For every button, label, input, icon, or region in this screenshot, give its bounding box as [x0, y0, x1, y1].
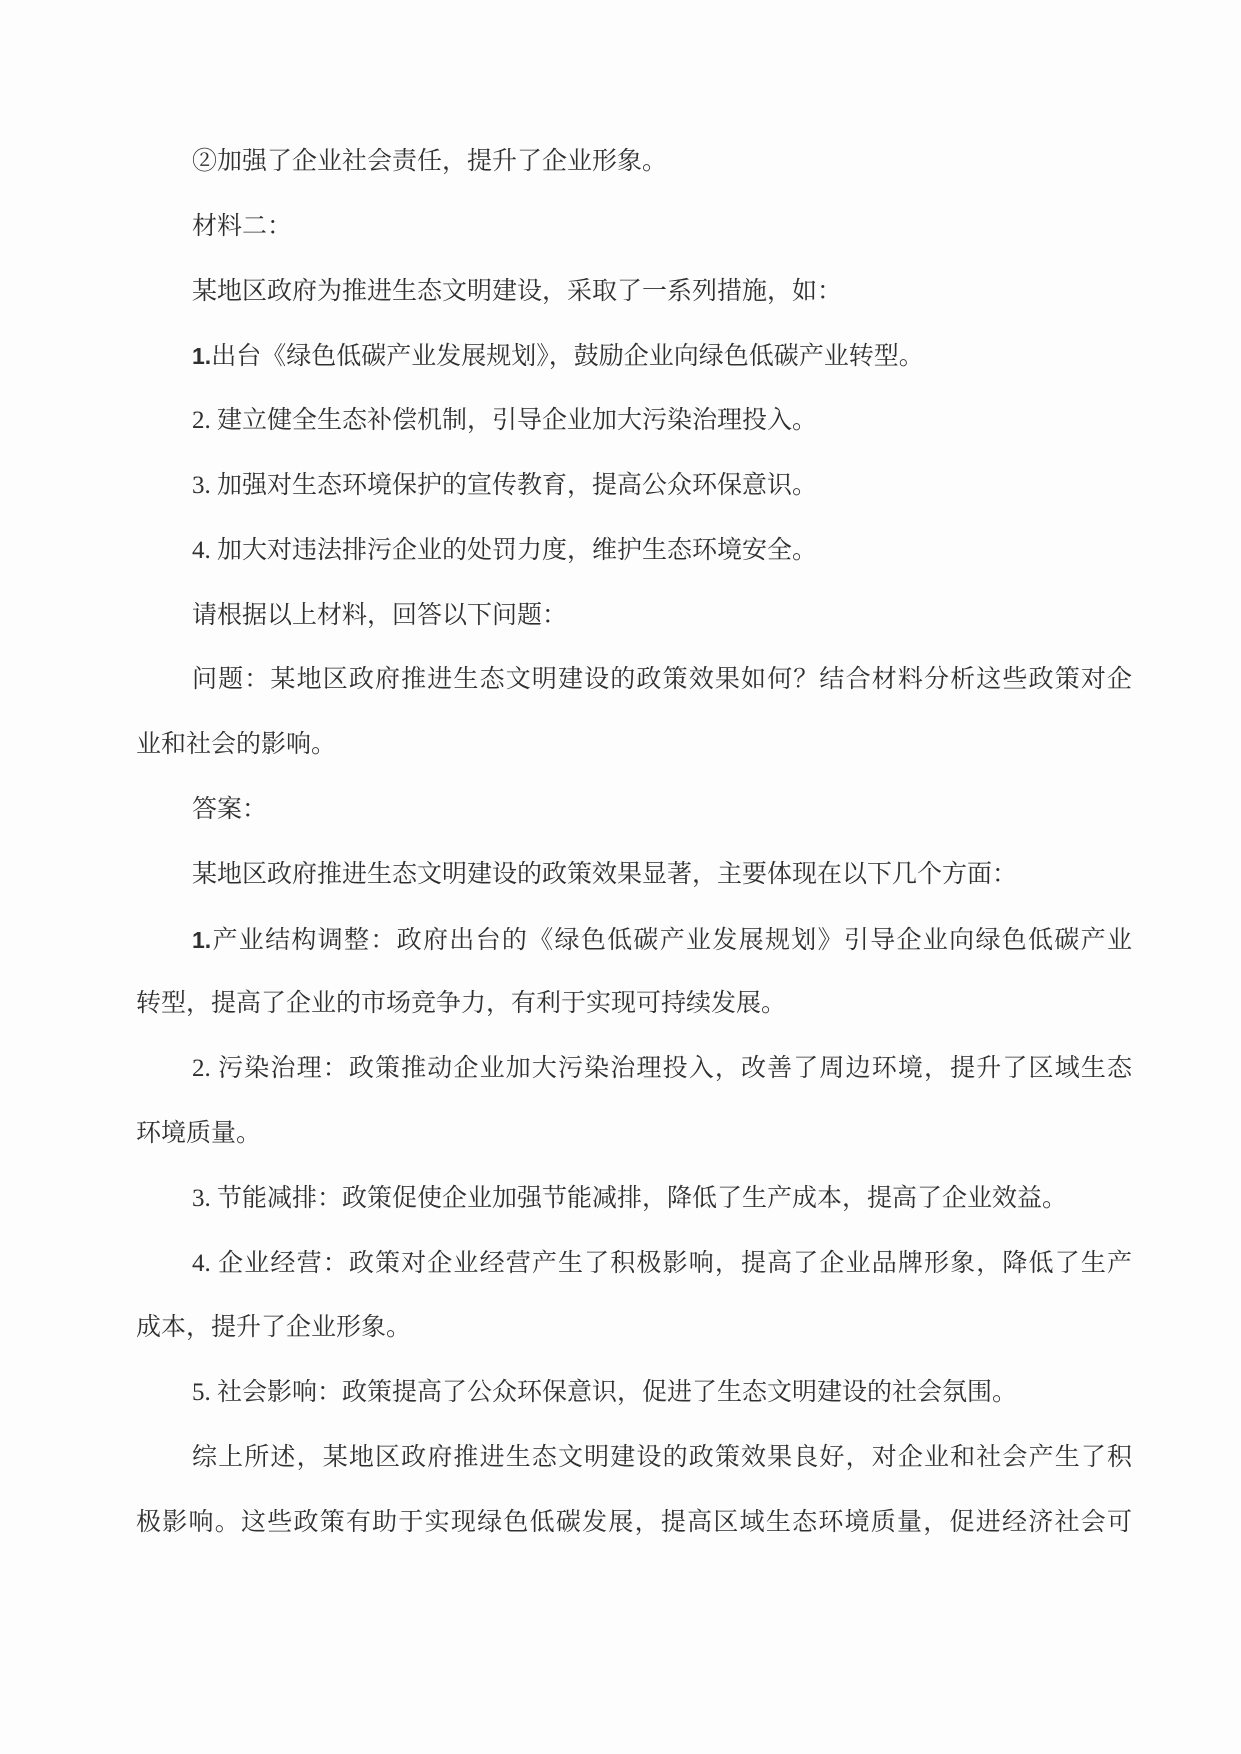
item-2-company-image-line: ②加强了企业社会责任，提升了企业形象。	[136, 130, 1132, 195]
answer-point-3: 3. 节能减排：政策促使企业加强节能减排，降低了生产成本，提高了企业效益。	[136, 1167, 1132, 1232]
conclusion-line-1: 综上所述，某地区政府推进生态文明建设的政策效果良好，对企业和社会产生了积	[136, 1426, 1132, 1491]
measure-2: 2. 建立健全生态补偿机制，引导企业加大污染治理投入。	[136, 389, 1132, 454]
measure-1-number: 1.	[192, 343, 211, 369]
answer-point-1-text: 产业结构调整：政府出台的《绿色低碳产业发展规划》引导企业向绿色低碳产业	[211, 927, 1132, 954]
answer-point-4-line-2: 成本，提升了企业形象。	[136, 1296, 1132, 1361]
answer-intro: 某地区政府推进生态文明建设的政策效果显著，主要体现在以下几个方面：	[136, 843, 1132, 908]
conclusion-line-2: 极影响。这些政策有助于实现绿色低碳发展，提高区域生态环境质量，促进经济社会可	[136, 1491, 1132, 1556]
answer-point-4-line-1: 4. 企业经营：政策对企业经营产生了积极影响，提高了企业品牌形象，降低了生产	[136, 1232, 1132, 1297]
question-prompt: 请根据以上材料，回答以下问题：	[136, 584, 1132, 649]
answer-point-2-line-2: 环境质量。	[136, 1102, 1132, 1167]
measure-1-text: 出台《绿色低碳产业发展规划》，鼓励企业向绿色低碳产业转型。	[211, 343, 924, 370]
answer-point-5: 5. 社会影响：政策提高了公众环保意识，促进了生态文明建设的社会氛围。	[136, 1361, 1132, 1426]
measure-3: 3. 加强对生态环境保护的宣传教育，提高公众环保意识。	[136, 454, 1132, 519]
answer-point-1-line-1: 1.产业结构调整：政府出台的《绿色低碳产业发展规划》引导企业向绿色低碳产业	[136, 908, 1132, 973]
question-line-1: 问题：某地区政府推进生态文明建设的政策效果如何？结合材料分析这些政策对企	[136, 648, 1132, 713]
measure-1: 1.出台《绿色低碳产业发展规划》，鼓励企业向绿色低碳产业转型。	[136, 324, 1132, 389]
question-line-2: 业和社会的影响。	[136, 713, 1132, 778]
answer-heading: 答案：	[136, 778, 1132, 843]
answer-point-2-line-1: 2. 污染治理：政策推动企业加大污染治理投入，改善了周边环境，提升了区域生态	[136, 1037, 1132, 1102]
measure-4: 4. 加大对违法排污企业的处罚力度，维护生态环境安全。	[136, 519, 1132, 584]
material-2-heading: 材料二：	[136, 195, 1132, 260]
document-page: ②加强了企业社会责任，提升了企业形象。 材料二： 某地区政府为推进生态文明建设，…	[0, 0, 1241, 1754]
answer-point-1-line-2: 转型，提高了企业的市场竞争力，有利于实现可持续发展。	[136, 972, 1132, 1037]
material-2-intro: 某地区政府为推进生态文明建设，采取了一系列措施，如：	[136, 260, 1132, 325]
answer-point-1-number: 1.	[192, 927, 211, 953]
